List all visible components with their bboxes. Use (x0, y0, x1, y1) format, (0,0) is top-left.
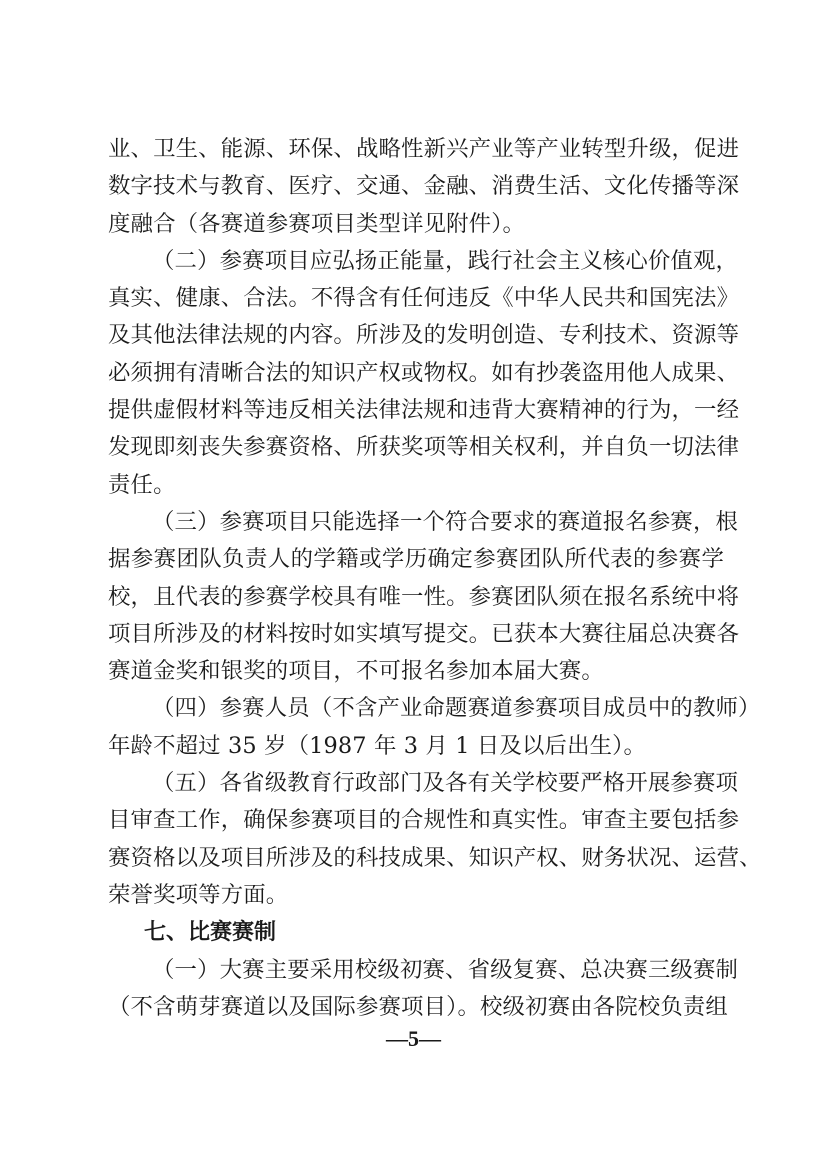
text-line: 校，且代表的参赛学校具有唯一性。参赛团队须在报名系统中将 (108, 579, 724, 616)
text-line: （二）参赛项目应弘扬正能量，践行社会主义核心价值观， (108, 243, 724, 280)
text-line: 数字技术与教育、医疗、交通、金融、消费生活、文化传播等深 (108, 168, 724, 205)
page-number: —5— (0, 1024, 827, 1054)
text-line: 年龄不超过 35 岁（1987 年 3 月 1 日及以后出生）。 (108, 728, 724, 765)
text-line: 真实、健康、合法。不得含有任何违反《中华人民共和国宪法》 (108, 280, 724, 317)
section-heading: 七、比赛赛制 (108, 914, 724, 951)
paragraph-continued: 业、卫生、能源、环保、战略性新兴产业等产业转型升级，促进 数字技术与教育、医疗、… (108, 131, 724, 243)
text-line: 业、卫生、能源、环保、战略性新兴产业等产业转型升级，促进 (108, 131, 724, 168)
document-page: 业、卫生、能源、环保、战略性新兴产业等产业转型升级，促进 数字技术与教育、医疗、… (108, 131, 724, 1026)
text-line: （四）参赛人员（不含产业命题赛道参赛项目成员中的教师） (108, 690, 724, 727)
text-line: 必须拥有清晰合法的知识产权或物权。如有抄袭盗用他人成果、 (108, 355, 724, 392)
paragraph-item-3: （三）参赛项目只能选择一个符合要求的赛道报名参赛，根 据参赛团队负责人的学籍或学… (108, 504, 724, 690)
text-line: （不含萌芽赛道以及国际参赛项目）。校级初赛由各院校负责组 (108, 989, 724, 1026)
text-line: 责任。 (108, 467, 724, 504)
text-line: 及其他法律法规的内容。所涉及的发明创造、专利技术、资源等 (108, 317, 724, 354)
text-line: 赛资格以及项目所涉及的科技成果、知识产权、财务状况、运营、 (108, 840, 724, 877)
paragraph-section7-item-1: （一）大赛主要采用校级初赛、省级复赛、总决赛三级赛制 （不含萌芽赛道以及国际参赛… (108, 952, 724, 1027)
paragraph-item-5: （五）各省级教育行政部门及各有关学校要严格开展参赛项 目审查工作，确保参赛项目的… (108, 765, 724, 914)
text-line: 发现即刻丧失参赛资格、所获奖项等相关权利，并自负一切法律 (108, 429, 724, 466)
text-line: 项目所涉及的材料按时如实填写提交。已获本大赛往届总决赛各 (108, 616, 724, 653)
text-line: 度融合（各赛道参赛项目类型详见附件）。 (108, 206, 724, 243)
text-line: 赛道金奖和银奖的项目，不可报名参加本届大赛。 (108, 653, 724, 690)
text-line: 据参赛团队负责人的学籍或学历确定参赛团队所代表的参赛学 (108, 541, 724, 578)
text-line: （三）参赛项目只能选择一个符合要求的赛道报名参赛，根 (108, 504, 724, 541)
text-line: （五）各省级教育行政部门及各有关学校要严格开展参赛项 (108, 765, 724, 802)
text-line: 荣誉奖项等方面。 (108, 877, 724, 914)
text-line: 目审查工作，确保参赛项目的合规性和真实性。审查主要包括参 (108, 802, 724, 839)
paragraph-item-4: （四）参赛人员（不含产业命题赛道参赛项目成员中的教师） 年龄不超过 35 岁（1… (108, 690, 724, 765)
paragraph-item-2: （二）参赛项目应弘扬正能量，践行社会主义核心价值观， 真实、健康、合法。不得含有… (108, 243, 724, 504)
text-line: （一）大赛主要采用校级初赛、省级复赛、总决赛三级赛制 (108, 952, 724, 989)
text-line: 提供虚假材料等违反相关法律法规和违背大赛精神的行为，一经 (108, 392, 724, 429)
